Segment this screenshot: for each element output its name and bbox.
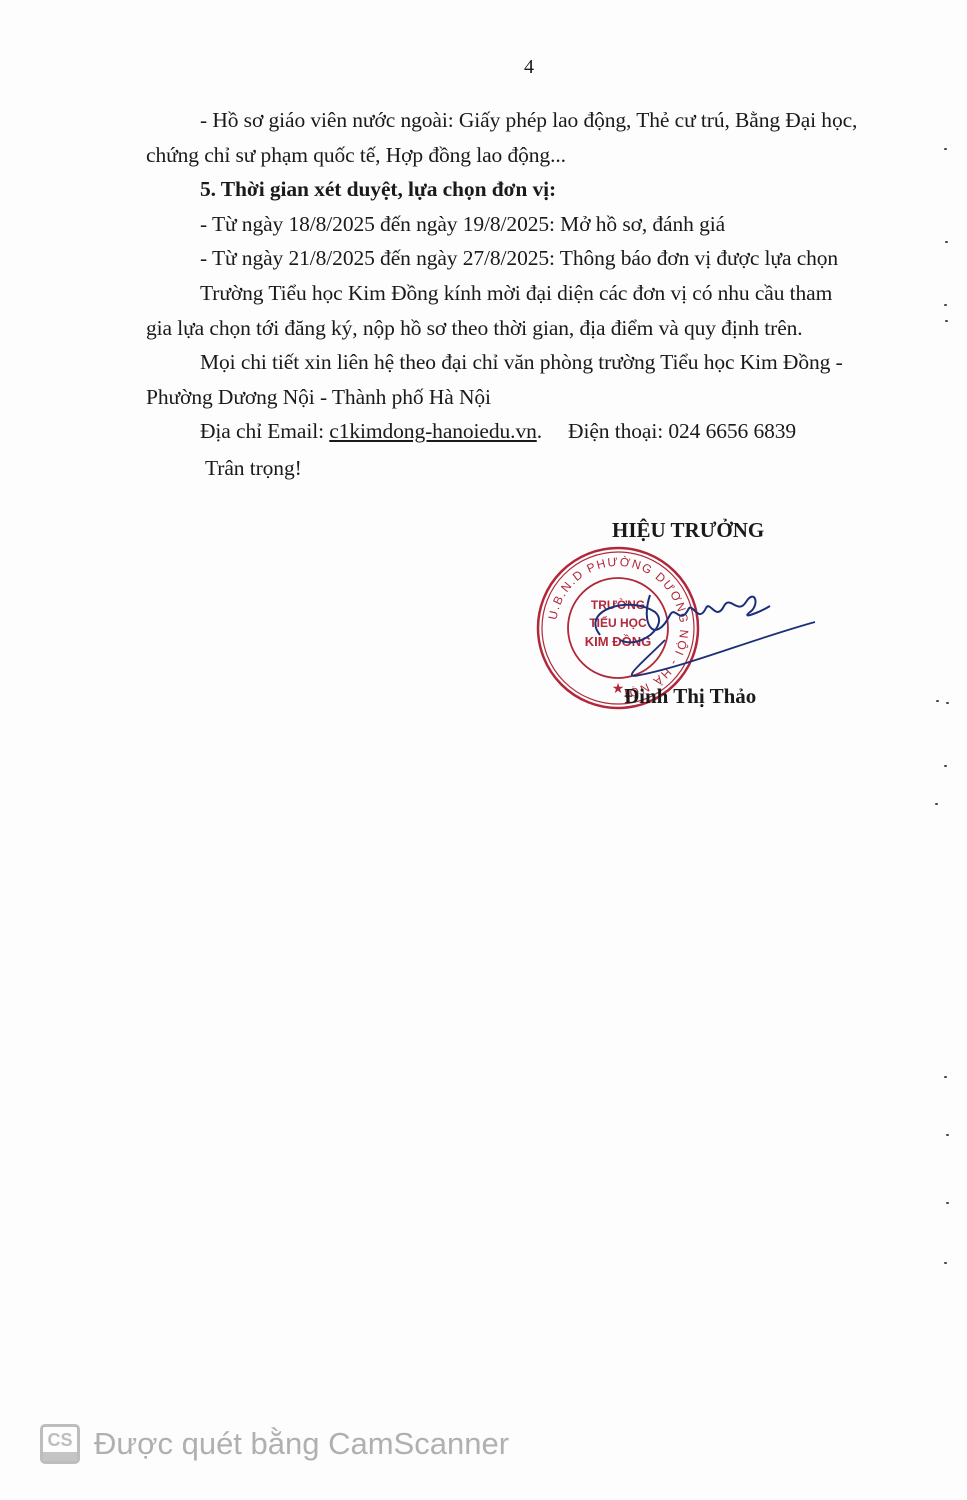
- scan-speck: [944, 304, 947, 306]
- contact-email-phone: Địa chỉ Email: c1kimdong-hanoiedu.vn.Điệ…: [200, 419, 796, 444]
- scan-speck: [935, 803, 938, 805]
- email-link[interactable]: c1kimdong-hanoiedu.vn: [329, 419, 536, 443]
- email-suffix: .: [537, 419, 542, 443]
- scan-speck: [946, 1134, 949, 1136]
- watermark-text: Được quét bằng CamScanner: [94, 1426, 509, 1462]
- contact-line1: Mọi chi tiết xin liên hệ theo đại chỉ vă…: [200, 350, 843, 375]
- schedule-item-1: - Từ ngày 18/8/2025 đến ngày 19/8/2025: …: [200, 212, 725, 237]
- contact-line2: Phường Dương Nội - Thành phố Hà Nội: [146, 385, 491, 410]
- scan-speck: [946, 702, 949, 704]
- scan-speck: [944, 1262, 947, 1264]
- section-5-heading: 5. Thời gian xét duyệt, lựa chọn đơn vị:: [200, 177, 556, 202]
- page-number: 4: [0, 56, 967, 79]
- invitation-line1: Trường Tiểu học Kim Đồng kính mời đại di…: [200, 281, 832, 306]
- scan-speck: [945, 241, 948, 243]
- invitation-line2: gia lựa chọn tới đăng ký, nộp hồ sơ theo…: [146, 316, 803, 341]
- scan-speck: [946, 1202, 949, 1204]
- scan-speck: [944, 1076, 947, 1078]
- signatory-title: HIỆU TRƯỞNG: [612, 518, 764, 543]
- closing: Trân trọng!: [205, 456, 302, 481]
- scan-speck: [944, 765, 947, 767]
- signer-name: Đinh Thị Thảo: [624, 684, 756, 709]
- foreign-teacher-docs-line2: chứng chỉ sư phạm quốc tế, Hợp đồng lao …: [146, 143, 566, 168]
- scan-speck: [944, 148, 947, 150]
- foreign-teacher-docs-line1: - Hồ sơ giáo viên nước ngoài: Giấy phép …: [200, 108, 857, 133]
- camscanner-watermark: CS Được quét bằng CamScanner: [40, 1424, 509, 1464]
- handwritten-signature: [560, 570, 830, 690]
- scan-speck: [945, 320, 948, 322]
- email-label: Địa chỉ Email:: [200, 419, 329, 443]
- phone-label: Điện thoại:: [568, 419, 668, 443]
- scan-speck: [936, 700, 939, 702]
- phone-number: 024 6656 6839: [668, 419, 796, 443]
- schedule-item-2: - Từ ngày 21/8/2025 đến ngày 27/8/2025: …: [200, 246, 838, 271]
- camscanner-logo-icon: CS: [40, 1424, 80, 1464]
